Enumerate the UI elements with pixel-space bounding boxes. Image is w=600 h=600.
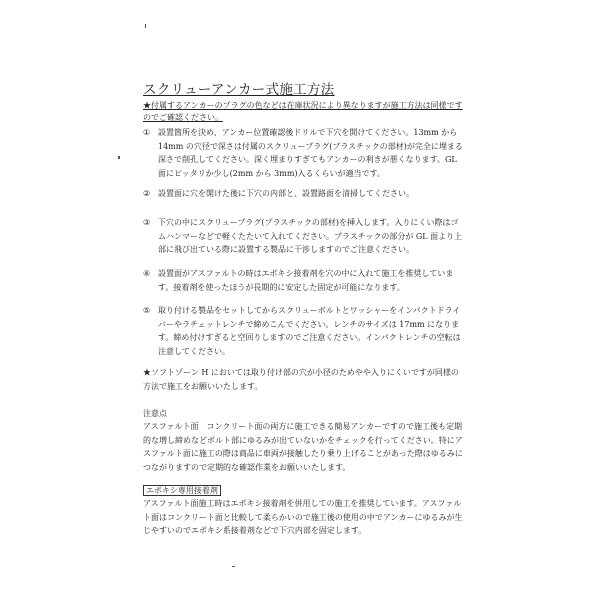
step-number: ②: [143, 187, 157, 201]
epoxy-text: アスファルト面施工時はエポキシ接着剤を併用しての施工を推奨しています。アスファル…: [143, 497, 463, 538]
step-text: 設置面に穴を開けた後に下穴の内部と、設置路面を清掃してください。: [158, 187, 463, 201]
step-3: ③ 下穴の中にスクリュープラグ(プラスチックの部材)を挿入します。入りにくい際は…: [143, 216, 463, 257]
plug-color-note: ★付属するアンカーのプラグの色などは在庫状況により異なりますが施工方法は同様です…: [143, 100, 463, 124]
epoxy-heading-label: エポキシ専用接着剤: [143, 485, 221, 496]
soft-zone-note: ★ソフトゾーン H においては取り付け部の穴が小径のためやや入りにくいですが同様…: [143, 366, 463, 393]
step-number: ③: [143, 216, 157, 230]
step-text: 取り付ける製品をセットしてからスクリューボルトとワッシャーをインパクトドライバー…: [158, 304, 463, 358]
document-title: スクリューアンカー式施工方法: [143, 78, 335, 98]
step-text: 設置箇所を決め、アンカー位置確認後ドリルで下穴を開けてください。13mm から …: [158, 126, 463, 180]
scan-speck: [145, 24, 146, 28]
document-page: スクリューアンカー式施工方法 ★付属するアンカーのプラグの色などは在庫状況により…: [0, 0, 600, 600]
caution-heading: 注意点: [143, 408, 167, 419]
step-number: ⑤: [143, 304, 157, 318]
step-number: ④: [143, 267, 157, 281]
step-5: ⑤ 取り付ける製品をセットしてからスクリューボルトとワッシャーをインパクトドライ…: [143, 304, 463, 358]
scan-speck: [118, 156, 120, 159]
step-text: 設置面がアスファルトの時はエポキシ接着剤を穴の中に入れて施工を推奨しています。接…: [158, 267, 463, 294]
step-2: ② 設置面に穴を開けた後に下穴の内部と、設置路面を清掃してください。: [143, 187, 463, 201]
step-1: ① 設置箇所を決め、アンカー位置確認後ドリルで下穴を開けてください。13mm か…: [143, 126, 463, 180]
step-number: ①: [143, 126, 157, 140]
scan-speck: [232, 566, 235, 567]
caution-text: アスファルト面 コンクリート面の両方に施工できる簡易アンカーですので施工後も定期…: [143, 420, 463, 474]
epoxy-heading: エポキシ専用接着剤: [143, 485, 221, 496]
step-4: ④ 設置面がアスファルトの時はエポキシ接着剤を穴の中に入れて施工を推奨しています…: [143, 267, 463, 294]
step-text: 下穴の中にスクリュープラグ(プラスチックの部材)を挿入します。入りにくい際はゴム…: [158, 216, 463, 257]
